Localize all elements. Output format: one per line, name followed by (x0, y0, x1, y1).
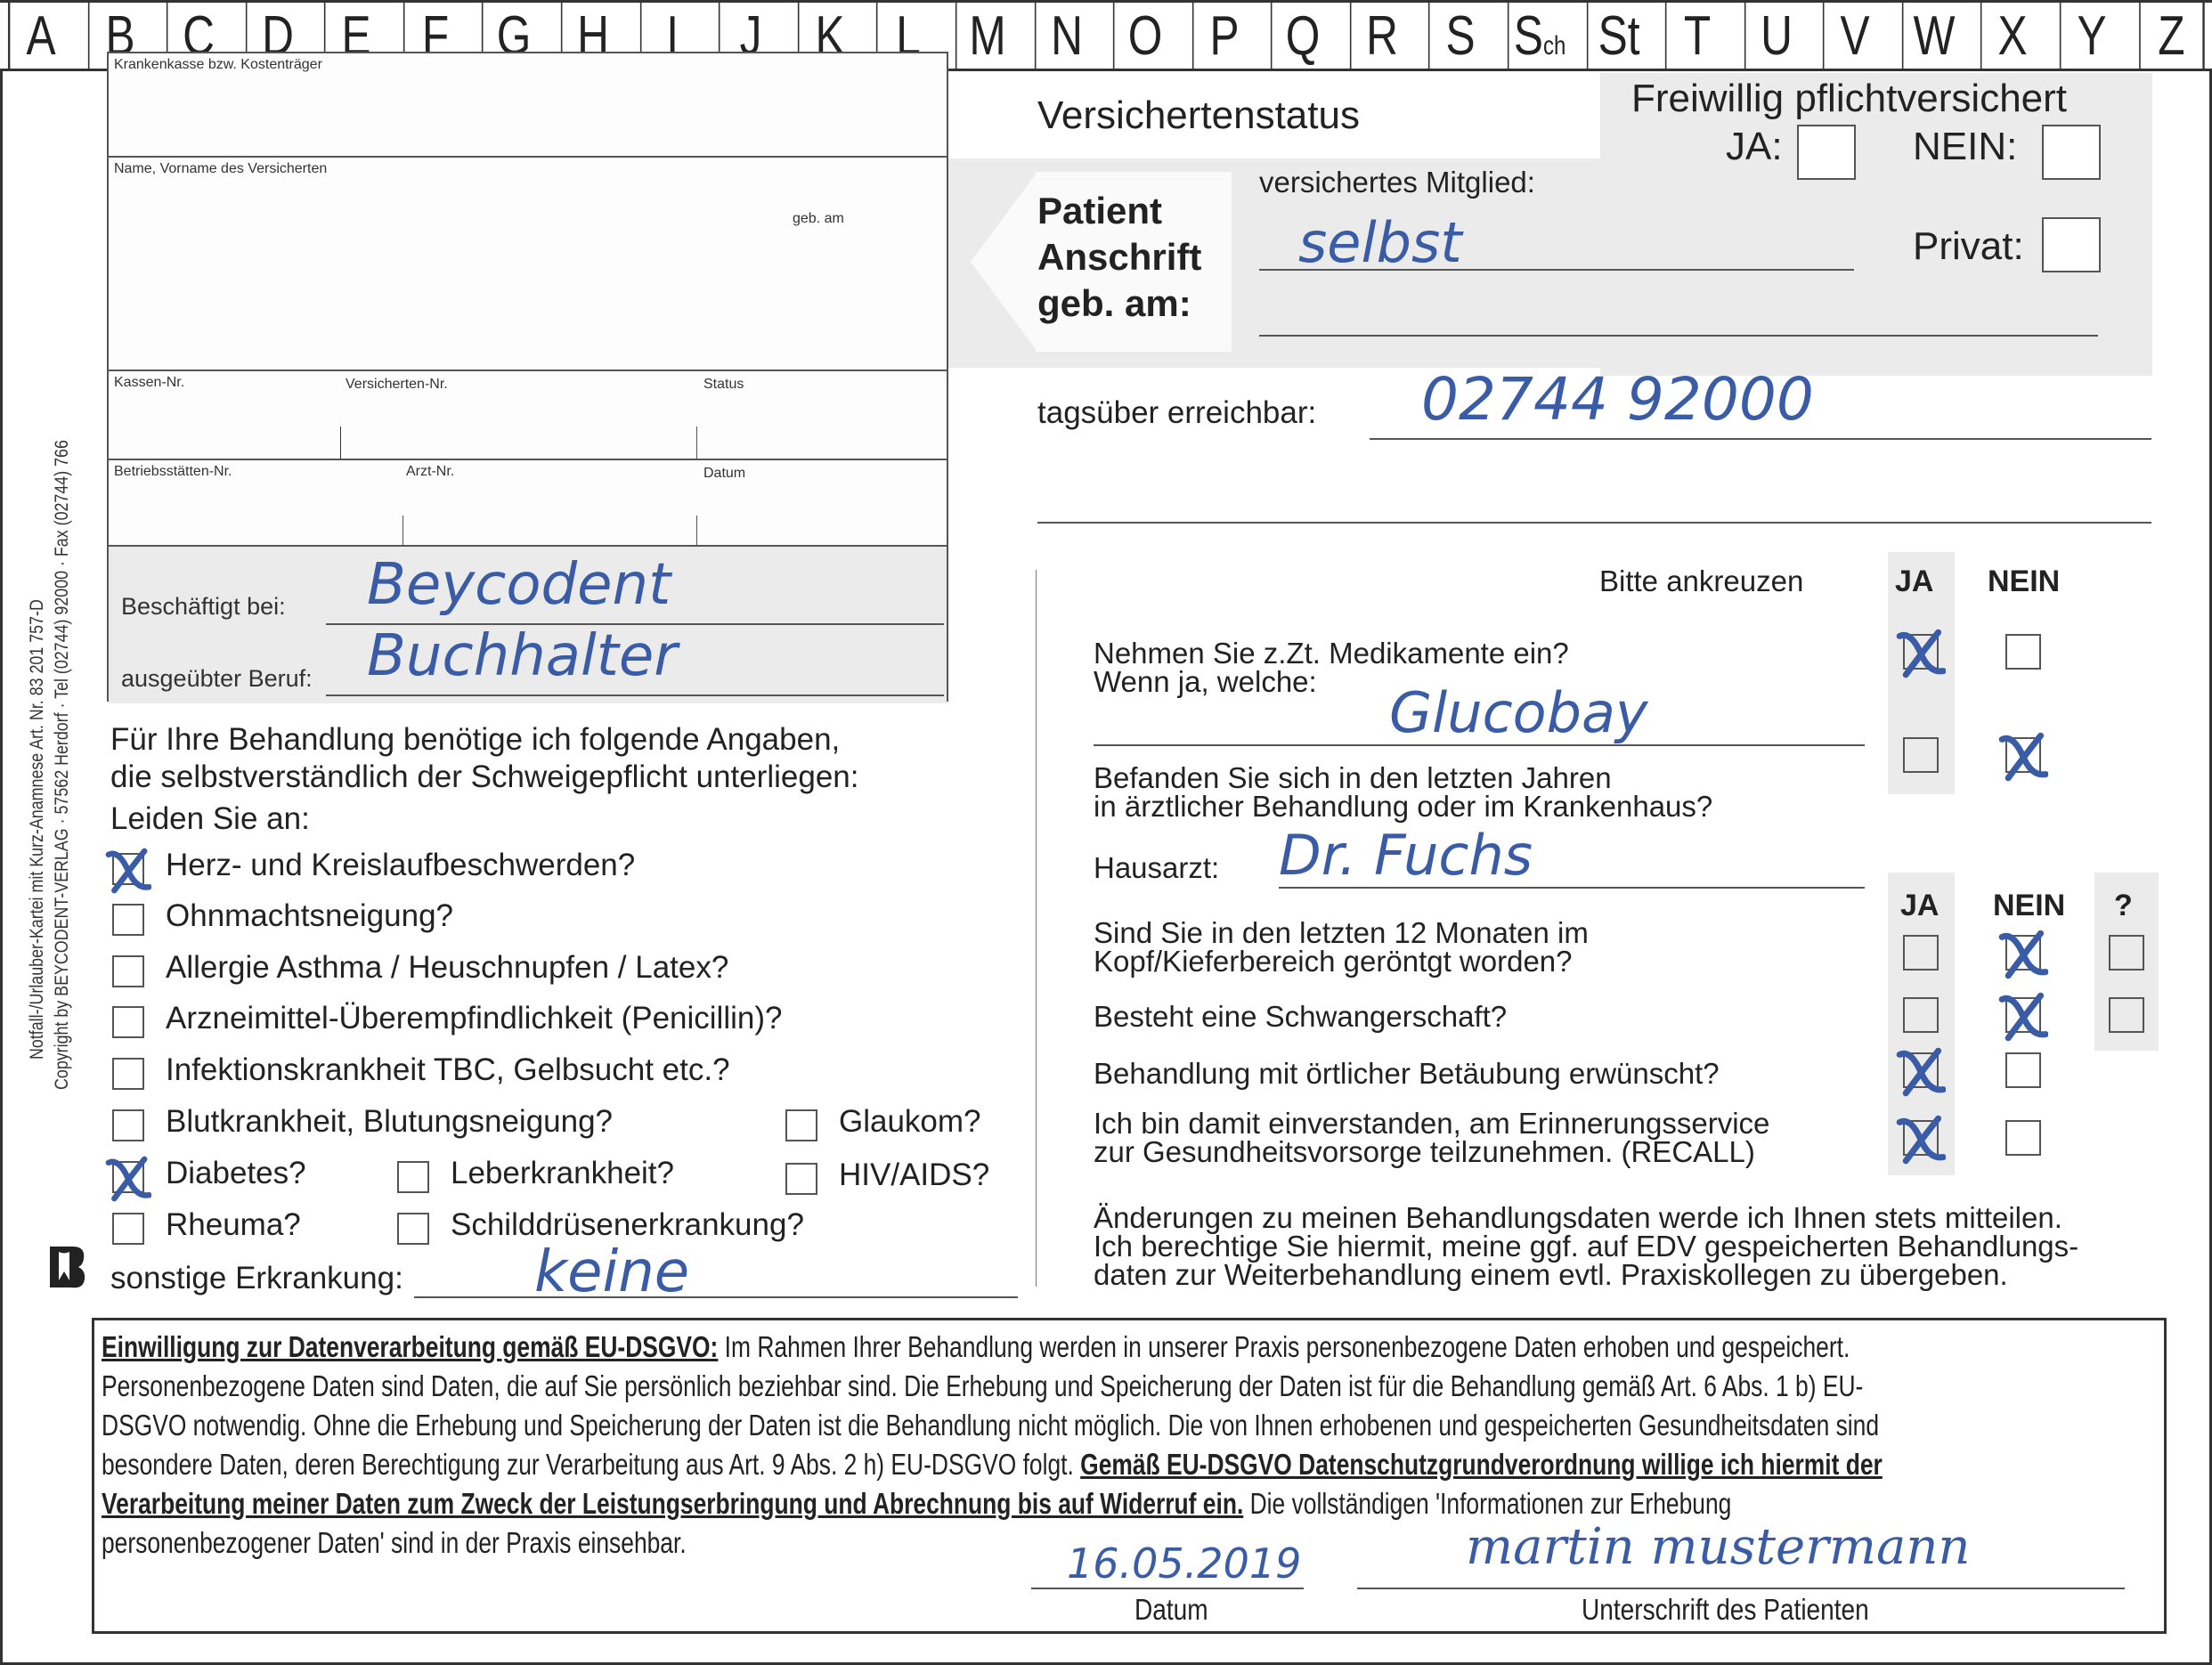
freiwillig-ja-label: JA: (1726, 125, 1783, 169)
nein-header: NEIN (1988, 564, 2060, 599)
hospital-question-line2: in ärztlicher Behandlung oder im Kranken… (1094, 792, 1712, 821)
privat-label: Privat: (1913, 224, 2024, 269)
answer-ja-checkbox[interactable] (1903, 634, 1939, 670)
intro-line1: Für Ihre Behandlung benötige ich folgend… (110, 721, 858, 759)
divider (696, 516, 697, 547)
freiwillig-nein-checkbox[interactable] (2042, 125, 2101, 180)
answer-nein-checkbox[interactable] (2005, 1120, 2041, 1156)
condition-checkbox[interactable] (785, 1109, 817, 1141)
mitglied-label: versichertes Mitglied: (1259, 166, 1535, 199)
condition-label: Herz- und Kreislaufbeschwerden? (166, 848, 635, 883)
geb-am-label: geb. am (793, 211, 844, 227)
beycodent-logo-icon (46, 1243, 87, 1295)
side-imprint-line2: Copyright by BEYCODENT-VERLAG · 57562 He… (52, 383, 73, 1090)
answer-nein-checkbox[interactable] (2005, 634, 2041, 670)
profession-label: ausgeübter Beruf: (121, 665, 313, 693)
letter-tab: U (1744, 3, 1808, 69)
hospital-question-line1: Befanden Sie sich in den letzten Jahren (1094, 764, 1712, 792)
answer-ja-checkbox[interactable] (1903, 737, 1939, 773)
betriebsstaetten-nr-label: Betriebsstätten-Nr. (114, 464, 232, 480)
patient-tag-line2: Anschrift (1037, 234, 1232, 280)
letter-tab: Z (2139, 3, 2204, 69)
medication-field[interactable]: Glucobay (1389, 680, 1648, 745)
status-label: Status (703, 377, 744, 393)
nein-header-2: NEIN (1993, 889, 2065, 923)
erreichbar-label: tagsüber erreichbar: (1037, 395, 1316, 431)
letter-tab: V (1823, 3, 1886, 69)
answer-nein-checkbox[interactable] (2005, 737, 2041, 773)
letter-tab: M (956, 3, 1019, 69)
date-label: Datum (1134, 1593, 1208, 1627)
ja-header: JA (1895, 564, 1933, 599)
condition-checkbox[interactable] (112, 853, 144, 885)
employment-box: Beschäftigt bei: Beycodent ausgeübter Be… (109, 545, 947, 703)
insurance-card-area: Krankenkasse bzw. Kostenträger Name, Vor… (107, 52, 948, 702)
consent-line2: Personenbezogene Daten sind Daten, die a… (102, 1367, 1863, 1406)
condition-label: Glaukom? (839, 1104, 981, 1140)
condition-label: Ohnmachtsneigung? (166, 898, 453, 934)
name-row: Name, Vorname des Versicherten geb. am (109, 156, 947, 370)
answer-nein-checkbox[interactable] (2005, 1052, 2041, 1088)
side-imprint-line1: Notfall-/Urlauber-Kartei mit Kurz-Anamne… (27, 378, 48, 1060)
patient-tag: Patient Anschrift geb. am: (1036, 172, 1232, 352)
notice-line3: daten zur Weiterbehandlung einem evtl. P… (1094, 1261, 2078, 1289)
condition-label: Leberkrankheit? (451, 1156, 674, 1191)
employer-label: Beschäftigt bei: (121, 593, 286, 621)
consent-heading: Einwilligung zur Datenverarbeitung gemäß… (102, 1330, 718, 1363)
answer-ja-checkbox[interactable] (1903, 1052, 1939, 1088)
recall-question-line1: Ich bin damit einverstanden, am Erinneru… (1094, 1109, 1769, 1138)
condition-label: Schilddrüsenerkrankung? (451, 1207, 804, 1243)
column-divider (1036, 570, 1037, 1287)
profession-field[interactable]: Buchhalter (367, 623, 678, 689)
answer-ja-checkbox[interactable] (1903, 1120, 1939, 1156)
privat-checkbox[interactable] (2042, 217, 2101, 272)
arzt-nr-label: Arzt-Nr. (406, 464, 454, 480)
mitglied-field[interactable]: selbst (1298, 210, 1462, 275)
consent-bold: Gemäß EU-DSGVO Datenschutzgrundverordnun… (1080, 1448, 1883, 1481)
consent-date-field[interactable]: 16.05.2019 (1067, 1539, 1301, 1588)
letter-tab: N (1034, 3, 1097, 69)
freiwillig-label: Freiwillig pflichtversichert (1631, 77, 2067, 121)
pregnancy-question: Besteht eine Schwangerschaft? (1094, 1003, 1507, 1031)
signature-label: Unterschrift des Patienten (1582, 1593, 1869, 1627)
condition-label: Blutkrankheit, Blutungsneigung? (166, 1104, 613, 1140)
other-condition-field[interactable]: keine (534, 1239, 689, 1305)
notice-line1: Änderungen zu meinen Behandlungsdaten we… (1094, 1204, 2078, 1232)
letter-tab: S (1428, 3, 1492, 69)
signature-underline (1357, 1588, 2125, 1589)
extra-underline (1037, 522, 2151, 524)
betriebsstaetten-row: Betriebsstätten-Nr. Arzt-Nr. Datum (109, 459, 947, 545)
ankreuzen-hint: Bitte ankreuzen (1599, 564, 1803, 598)
divider (340, 426, 341, 459)
hausarzt-label: Hausarzt: (1094, 851, 1219, 885)
patient-tag-line3: geb. am: (1037, 280, 1232, 327)
letter-tab: P (1192, 3, 1256, 69)
xray-question-line2: Kopf/Kieferbereich geröntgt worden? (1094, 947, 1589, 976)
letter-tab: Y (2060, 3, 2123, 69)
letter-tab: R (1350, 3, 1413, 69)
letter-tab: W (1902, 3, 1965, 69)
versichertenstatus-title: Versichertenstatus (1037, 93, 1360, 138)
condition-checkbox[interactable] (112, 1109, 144, 1141)
medication-question-line1: Nehmen Sie z.Zt. Medikamente ein? (1094, 639, 1569, 668)
condition-label: Infektionskrankheit TBC, Gelbsucht etc.? (166, 1052, 730, 1088)
consent-line6: personenbezogener Daten' sind in der Pra… (102, 1523, 687, 1563)
answer-ja-checkbox[interactable] (1903, 935, 1939, 971)
condition-checkbox[interactable] (397, 1213, 429, 1245)
consent-box: Einwilligung zur Datenverarbeitung gemäß… (92, 1318, 2167, 1634)
condition-checkbox[interactable] (112, 1058, 144, 1090)
condition-checkbox[interactable] (112, 1161, 144, 1193)
letter-tab: T (1665, 3, 1728, 69)
other-condition-underline (414, 1296, 1018, 1298)
consent-line4: besondere Daten, deren Berechtigung zur … (102, 1445, 1883, 1484)
krankenkasse-label: Krankenkasse bzw. Kostenträger (114, 57, 322, 73)
condition-label: Arzneimittel-Überempfindlichkeit (Penici… (166, 1001, 782, 1036)
consent-text: Im Rahmen Ihrer Behandlung werden in uns… (718, 1330, 1850, 1363)
letter-tab: St (1586, 3, 1649, 69)
address-underline (1259, 335, 2098, 337)
answer-ja-checkbox[interactable] (1903, 997, 1939, 1033)
datum-label: Datum (703, 466, 745, 482)
condition-label: Diabetes? (166, 1156, 306, 1191)
date-underline (1031, 1588, 1304, 1589)
patient-tag-line1: Patient (1037, 188, 1232, 234)
freiwillig-nein-label: NEIN: (1913, 125, 2017, 169)
unknown-header: ? (2114, 889, 2133, 923)
condition-label: Allergie Asthma / Heuschnupfen / Latex? (166, 950, 728, 986)
kassen-row: Kassen-Nr. Versicherten-Nr. Status (109, 370, 947, 459)
leiden-label: Leiden Sie an: (110, 801, 310, 837)
recall-question-line2: zur Gesundheitsvorsorge teilzunehmen. (R… (1094, 1138, 1769, 1166)
letter-tab: O (1113, 3, 1176, 69)
patient-tag-arrow (971, 172, 1037, 352)
hospital-question: Befanden Sie sich in den letzten Jahren … (1094, 764, 1712, 821)
condition-checkbox[interactable] (112, 1213, 144, 1245)
answer-unknown-checkbox[interactable] (2109, 935, 2144, 971)
letter-tab: X (1980, 3, 2044, 69)
condition-checkbox[interactable] (397, 1161, 429, 1193)
consent-text: besondere Daten, deren Berechtigung zur … (102, 1448, 1080, 1481)
erreichbar-field[interactable]: 02744 92000 (1421, 365, 1814, 434)
condition-checkbox[interactable] (785, 1163, 817, 1195)
consent-line1: Einwilligung zur Datenverarbeitung gemäß… (102, 1328, 1850, 1367)
answer-nein-checkbox[interactable] (2005, 935, 2041, 971)
versicherten-nr-label: Versicherten-Nr. (346, 377, 448, 393)
divider (403, 516, 403, 547)
consent-text: Die vollständigen 'Informationen zur Erh… (1243, 1487, 1731, 1520)
side-imprint: Notfall-/Urlauber-Kartei mit Kurz-Anamne… (27, 258, 73, 1060)
letter-tab: Q (1271, 3, 1334, 69)
xray-question-line1: Sind Sie in den letzten 12 Monaten im (1094, 919, 1589, 947)
letter-tab: Sch (1508, 3, 1571, 69)
erreichbar-underline (1370, 438, 2151, 440)
ja-header-2: JA (1900, 889, 1939, 923)
kassen-nr-label: Kassen-Nr. (114, 375, 184, 391)
answer-unknown-checkbox[interactable] (2109, 997, 2144, 1033)
medication-underline (1094, 744, 1865, 746)
profession-underline (326, 694, 944, 696)
hausarzt-field[interactable]: Dr. Fuchs (1279, 823, 1533, 888)
anesthesia-question: Behandlung mit örtlicher Betäubung erwün… (1094, 1060, 1720, 1088)
condition-label: HIV/AIDS? (839, 1157, 989, 1193)
consent-bold: Verarbeitung meiner Daten zum Zweck der … (102, 1487, 1243, 1520)
notice-line2: Ich berechtige Sie hiermit, meine ggf. a… (1094, 1232, 2078, 1261)
condition-checkbox[interactable] (112, 955, 144, 987)
name-label: Name, Vorname des Versicherten (114, 161, 327, 177)
condition-checkbox[interactable] (112, 904, 144, 936)
condition-checkbox[interactable] (112, 1006, 144, 1038)
notice-text: Änderungen zu meinen Behandlungsdaten we… (1094, 1204, 2078, 1289)
freiwillig-ja-checkbox[interactable] (1797, 125, 1856, 180)
consent-line3: DSGVO notwendig. Ohne die Erhebung und S… (102, 1406, 1879, 1445)
answer-nein-checkbox[interactable] (2005, 997, 2041, 1033)
letter-tab: A (8, 3, 72, 69)
condition-label: Rheuma? (166, 1207, 301, 1243)
recall-question: Ich bin damit einverstanden, am Erinneru… (1094, 1109, 1769, 1166)
signature-field[interactable]: martin mustermann (1466, 1518, 1970, 1576)
xray-question: Sind Sie in den letzten 12 Monaten im Ko… (1094, 919, 1589, 976)
divider (696, 426, 697, 459)
intro-line2: die selbstverständlich der Schweigepflic… (110, 759, 858, 796)
other-condition-label: sonstige Erkrankung: (110, 1261, 403, 1296)
employer-field[interactable]: Beycodent (367, 552, 671, 618)
intro-text: Für Ihre Behandlung benötige ich folgend… (110, 721, 858, 796)
